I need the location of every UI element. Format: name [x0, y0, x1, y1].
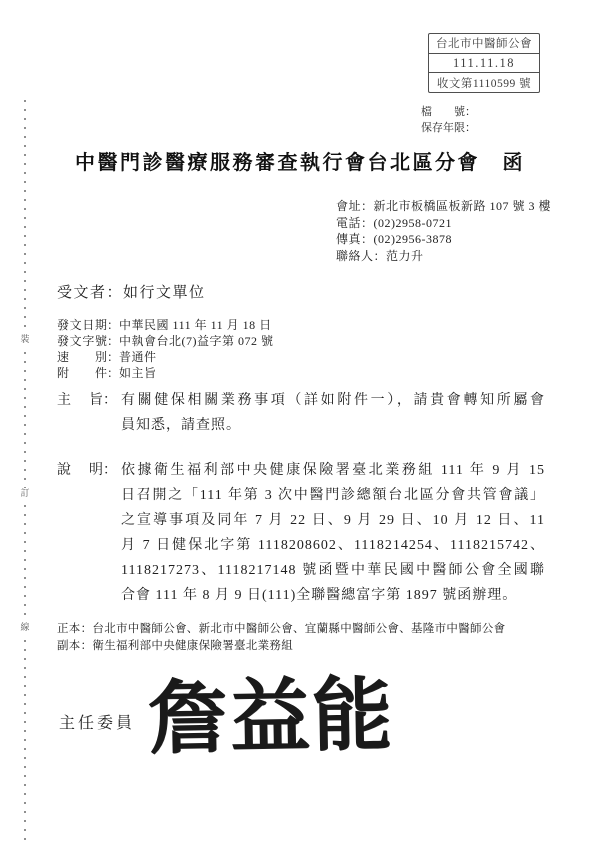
- subject-colon: ：: [103, 388, 117, 413]
- document-page: 裝 訂 線 台北市中醫師公會 111.11.18 收文第1110599 號 檔號…: [0, 0, 600, 849]
- file-no-colon: ：: [465, 106, 476, 118]
- stamp-receipt-no-row: 收文第1110599 號: [429, 73, 539, 92]
- contact-phone: 電話：(02)2958-0721: [336, 215, 551, 232]
- meta-label-number: 發文字號: [57, 333, 107, 349]
- meta-label-speed: 速別: [57, 349, 107, 365]
- meta-row-speed: 速別：普通件: [57, 349, 274, 365]
- signature-calligraphy: 詹益能: [147, 672, 394, 764]
- description-line: 依據衛生福利部中央健康保險署臺北業務組 111 年 9 月 15: [121, 458, 545, 483]
- meta-colon: ：: [107, 366, 119, 380]
- stamp-date-row: 111.11.18: [429, 54, 539, 74]
- contact-fax: 傳真：(02)2956-3878: [336, 231, 551, 248]
- retention-label: 保存年限: [421, 122, 465, 134]
- description-label: 說明: [57, 458, 103, 483]
- meta-value-speed: 普通件: [119, 350, 157, 364]
- meta-colon: ：: [107, 318, 119, 332]
- recipient-line: 受文者：如行文單位: [57, 281, 206, 302]
- subject-line: 有關健保相關業務事項（詳如附件一），請貴會轉知所屬會: [121, 388, 545, 413]
- description-line: 日召開之「111 年第 3 次中醫門診總額台北區分會共管會議」: [121, 483, 545, 508]
- description-colon: ：: [103, 458, 117, 483]
- description-line: 之宣導事項及同年 7 月 22 日、9 月 29 日、10 月 12 日、11: [121, 508, 545, 533]
- description-body: 依據衛生福利部中央健康保險署臺北業務組 111 年 9 月 15 日召開之「11…: [121, 458, 545, 608]
- subject-block: 主旨 ： 有關健保相關業務事項（詳如附件一），請貴會轉知所屬會 員知悉，請查照。: [57, 388, 545, 438]
- description-block: 說明 ： 依據衛生福利部中央健康保險署臺北業務組 111 年 9 月 15 日召…: [57, 458, 545, 608]
- meta-value-number: 中執會台北(7)益字第 072 號: [119, 334, 274, 348]
- meta-row-attachment: 附件：如主旨: [57, 365, 274, 381]
- meta-label-attachment: 附件: [57, 365, 107, 381]
- retention-colon: ：: [465, 122, 476, 134]
- meta-value-date: 中華民國 111 年 11 月 18 日: [119, 318, 272, 332]
- binding-dotted-line: [24, 100, 26, 845]
- description-line: 合會 111 年 8 月 9 日(111)全聯醫總富字第 1897 號函辦理。: [121, 583, 545, 608]
- file-no-line: 檔號：: [421, 104, 476, 120]
- meta-value-attachment: 如主旨: [119, 366, 157, 380]
- contact-block: 會址：新北市板橋區板新路 107 號 3 樓 電話：(02)2958-0721 …: [336, 198, 551, 264]
- subject-line: 員知悉，請查照。: [121, 413, 545, 438]
- retention-line: 保存年限：: [421, 120, 476, 136]
- file-no-label: 檔號: [421, 104, 465, 120]
- contact-address: 會址：新北市板橋區板新路 107 號 3 樓: [336, 198, 551, 215]
- contact-person: 聯絡人：范力升: [336, 248, 551, 265]
- meta-colon: ：: [107, 334, 119, 348]
- copies-block: 正本：台北市中醫師公會、新北市中醫師公會、宜蘭縣中醫師公會、基隆市中醫師公會 副…: [57, 621, 505, 654]
- meta-block: 發文日期：中華民國 111 年 11 月 18 日 發文字號：中執會台北(7)益…: [57, 317, 274, 381]
- stamp-org-row: 台北市中醫師公會: [429, 34, 539, 54]
- description-line: 月 7 日健保北字第 1118208602、1118214254、1118215…: [121, 533, 545, 558]
- file-header: 檔號： 保存年限：: [421, 104, 476, 136]
- meta-colon: ：: [107, 350, 119, 364]
- binding-char-ding: 訂: [17, 488, 33, 499]
- binding-char-xian: 線: [17, 622, 33, 633]
- copies-original: 正本：台北市中醫師公會、新北市中醫師公會、宜蘭縣中醫師公會、基隆市中醫師公會: [57, 621, 505, 638]
- subject-label: 主旨: [57, 388, 103, 413]
- meta-row-number: 發文字號：中執會台北(7)益字第 072 號: [57, 333, 274, 349]
- meta-row-date: 發文日期：中華民國 111 年 11 月 18 日: [57, 317, 274, 333]
- meta-label-date: 發文日期: [57, 317, 107, 333]
- signer-title: 主任委員: [59, 710, 135, 733]
- document-title: 中醫門診醫療服務審查執行會台北區分會 函: [0, 146, 600, 175]
- description-line: 1118217273、1118217148 號函暨中華民國中醫師公會全國聯: [121, 558, 545, 583]
- binding-char-zhuang: 裝: [17, 334, 33, 345]
- subject-body: 有關健保相關業務事項（詳如附件一），請貴會轉知所屬會 員知悉，請查照。: [121, 388, 545, 438]
- receipt-stamp: 台北市中醫師公會 111.11.18 收文第1110599 號: [428, 33, 540, 93]
- copies-cc: 副本：衛生福利部中央健康保險署臺北業務組: [57, 638, 505, 655]
